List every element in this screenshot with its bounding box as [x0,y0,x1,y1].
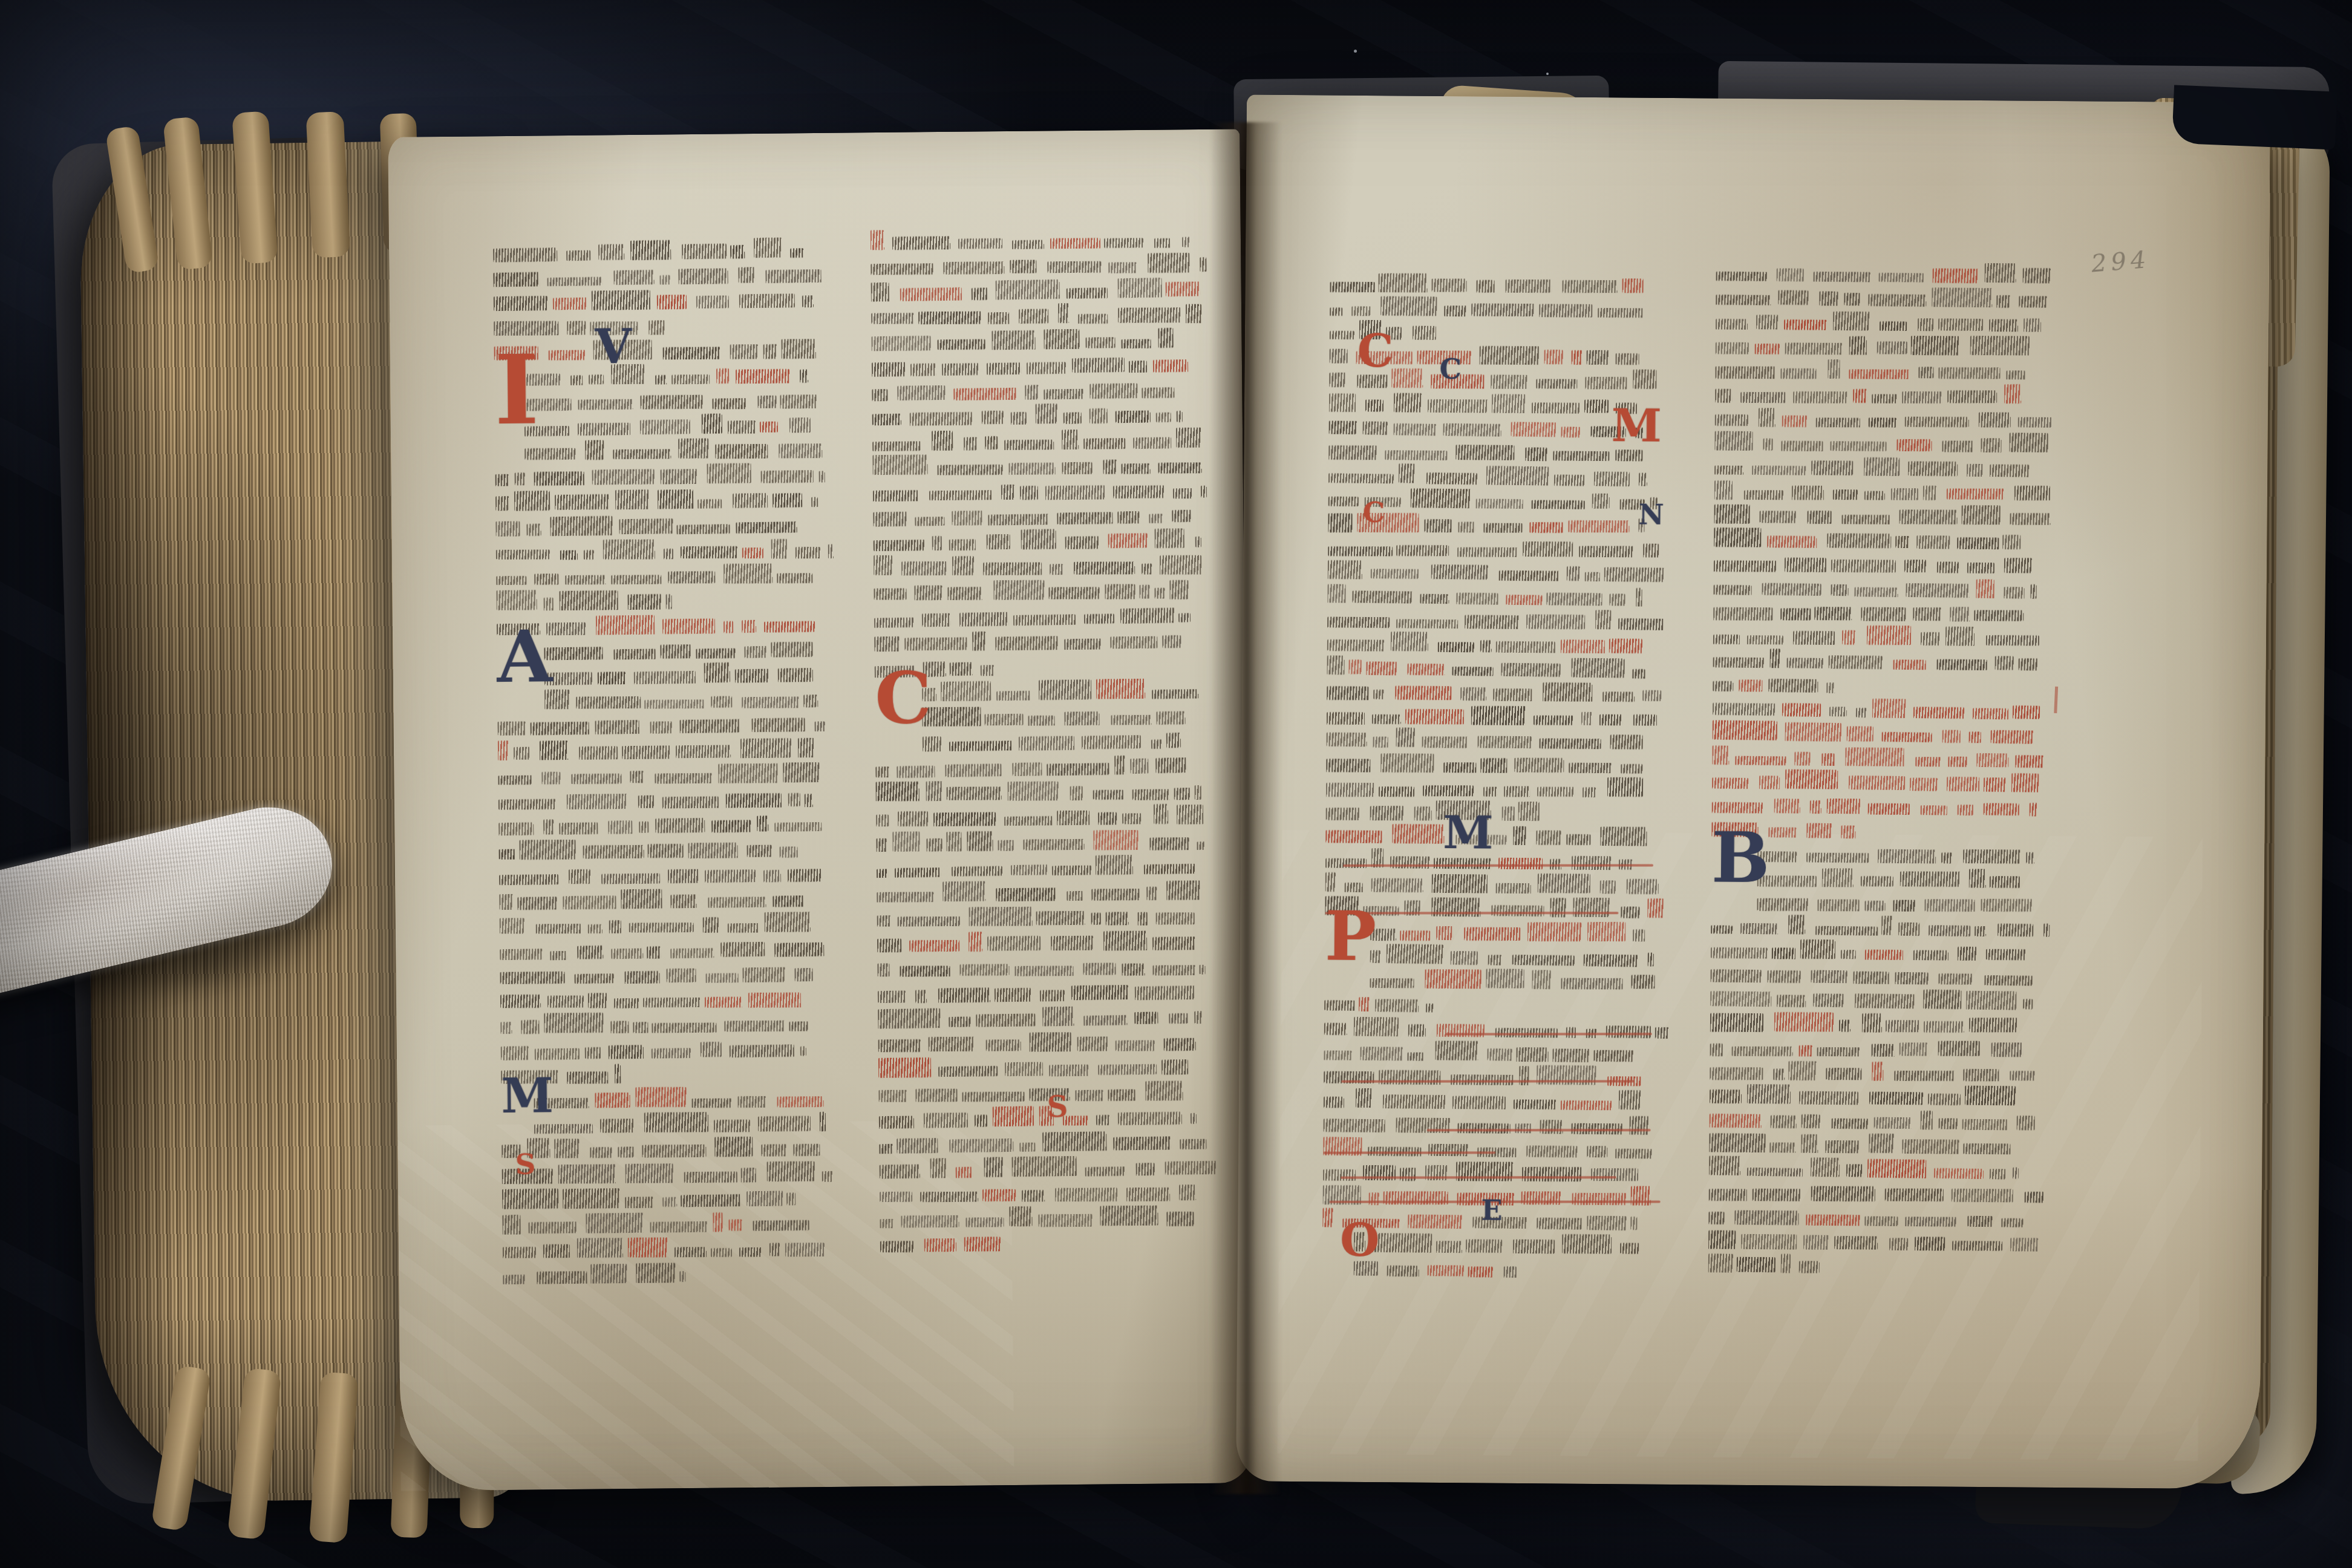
text-line [1710,1079,2050,1106]
script-stroke [1513,826,1526,846]
script-stroke [1177,805,1204,826]
script-stroke [1631,975,1655,989]
script-stroke [540,740,568,760]
script-stroke [2010,1238,2038,1252]
script-stroke [648,844,684,858]
script-stroke [1569,763,1612,773]
text-line [500,907,837,934]
script-stroke [1806,852,1870,863]
script-stroke [1324,1022,1347,1034]
text-line [1325,820,1670,846]
script-stroke [2043,923,2050,936]
script-stroke [1715,366,1775,379]
script-stroke [1522,1167,1581,1181]
script-stroke [1400,1168,1416,1181]
text-line [879,1149,1216,1179]
script-stroke [500,995,541,1008]
script-stroke [701,413,722,433]
text-line [872,423,1209,451]
script-stroke [615,1064,621,1084]
script-stroke [1802,1114,1820,1129]
script-stroke [1886,1020,1920,1032]
script-stroke [1841,950,1855,959]
script-stroke [1817,1047,1860,1056]
script-stroke [1833,489,1858,500]
script-stroke [1913,607,1941,621]
script-stroke [502,1189,558,1209]
script-stroke [1475,499,1523,510]
script-stroke [945,763,1001,777]
text-line [500,1007,838,1034]
script-stroke [1621,764,1642,774]
text-line [496,534,834,560]
script-stroke [767,1161,815,1181]
script-stroke [765,269,821,284]
script-stroke [1178,613,1191,622]
script-stroke [1074,561,1135,575]
script-stroke [543,1244,570,1258]
script-stroke [1122,963,1145,976]
script-stroke [1113,1137,1171,1151]
script-stroke [880,1165,920,1179]
script-stroke [771,539,787,559]
script-stroke [1155,757,1187,773]
script-stroke [1915,1236,1945,1252]
script-stroke [619,518,673,534]
script-stroke [1785,722,1842,742]
red-margin-mark [2054,687,2058,713]
script-stroke [730,245,745,260]
text-line [874,624,1210,653]
script-stroke [1098,1064,1157,1076]
script-stroke [1324,1097,1344,1108]
text-line [1709,1128,2049,1155]
script-stroke [1616,353,1639,365]
script-stroke [615,490,649,511]
script-stroke [1385,450,1447,460]
text-line [1714,547,2054,574]
script-stroke [660,644,691,659]
script-stroke [1135,985,1195,1001]
script-stroke [1913,707,1964,719]
script-stroke [1014,966,1073,978]
script-stroke [742,619,756,633]
script-stroke [1762,583,1821,596]
script-stroke [2013,705,2040,719]
script-stroke [579,746,618,760]
script-stroke [1774,1012,1834,1031]
script-stroke [1172,510,1192,523]
script-stroke [930,1158,947,1179]
script-stroke [740,738,791,759]
script-stroke [495,474,509,486]
script-stroke [1780,1254,1791,1273]
script-stroke [1413,326,1436,340]
script-stroke [719,763,779,784]
script-stroke [791,248,804,258]
script-stroke [1938,1118,1958,1129]
script-stroke [643,998,700,1007]
script-stroke [1105,584,1135,599]
script-stroke [730,344,759,359]
script-stroke [1609,638,1642,653]
script-stroke [982,411,1004,425]
script-stroke [1452,1096,1506,1109]
script-stroke [1633,370,1656,389]
script-stroke [1572,1193,1626,1205]
script-stroke [1530,522,1563,533]
script-stroke [1096,855,1133,876]
script-stroke [949,740,1013,751]
script-stroke [1329,393,1356,413]
script-stroke [494,296,547,312]
script-stroke [897,385,945,401]
script-stroke [1526,1146,1578,1158]
script-stroke [644,1112,709,1133]
script-stroke [1938,973,1973,984]
script-stroke [1963,849,2020,864]
script-stroke [1186,304,1201,324]
script-stroke [595,720,639,736]
script-stroke [1327,656,1344,675]
script-stroke [578,399,633,410]
script-stroke [878,1039,921,1052]
script-stroke [1968,1216,1993,1227]
script-stroke [1610,735,1642,750]
manuscript-photo: VIAMS CS CCMCNMPEO B 294 [0,0,2352,1568]
script-stroke [771,642,813,658]
script-stroke [1149,514,1163,524]
script-stroke [1019,1143,1035,1152]
text-line [1713,691,2053,720]
script-stroke [1491,374,1528,389]
script-stroke [965,1217,1004,1227]
script-stroke [1486,969,1524,988]
text-line [499,881,837,910]
text-line [876,800,1212,828]
script-stroke [703,918,719,933]
dust-speck [1354,50,1357,53]
script-stroke [609,1044,644,1059]
script-stroke [1063,412,1082,424]
script-stroke [1966,991,2016,1011]
script-stroke [880,1219,893,1229]
script-stroke [1405,708,1463,724]
script-stroke [1329,420,1357,434]
script-stroke [1379,273,1428,293]
script-stroke [652,1023,716,1034]
script-stroke [1879,272,1924,282]
script-stroke [1048,261,1102,273]
script-stroke [734,668,768,683]
script-stroke [662,1197,677,1207]
script-stroke [1643,690,1661,701]
script-stroke [1142,564,1152,575]
script-stroke [1083,438,1125,449]
script-stroke [640,394,702,409]
script-stroke [1394,393,1422,412]
text-line [875,748,1212,779]
script-stroke [1898,923,1919,936]
script-stroke [588,993,607,1008]
script-stroke [1166,881,1201,901]
script-stroke [1486,466,1549,486]
text-line [1710,1008,2050,1033]
script-stroke [537,1270,587,1284]
script-stroke [2016,755,2044,768]
dust-speck [1546,73,1549,75]
text-line [1327,676,1671,702]
text-line [494,283,831,312]
script-stroke [1362,421,1387,435]
script-stroke [1739,679,1762,691]
script-stroke [920,1192,978,1203]
script-stroke [1353,591,1413,604]
script-stroke [503,1247,536,1258]
script-stroke [1561,978,1623,990]
script-stroke [1647,898,1664,918]
text-line [1713,620,2053,647]
script-stroke [1593,1050,1634,1062]
script-stroke [1619,1090,1641,1109]
script-stroke [1444,305,1467,316]
text-line [871,272,1207,302]
script-stroke [1867,803,1910,815]
script-stroke [1713,607,1772,621]
text-line [496,558,834,586]
fanned-leaf [305,111,350,258]
script-stroke [1077,1036,1109,1051]
script-stroke [592,290,650,311]
script-stroke [1435,1040,1478,1060]
script-stroke [1874,1117,1912,1129]
script-stroke [1425,970,1481,989]
script-stroke [567,794,627,809]
script-stroke [1106,912,1129,926]
script-stroke [1387,1266,1419,1277]
script-stroke [1834,1236,1878,1250]
script-stroke [1148,253,1189,274]
script-stroke [1952,1241,2002,1251]
text-line [1716,305,2056,332]
script-stroke [613,449,671,459]
script-stroke [996,636,1059,651]
script-stroke [1326,783,1375,797]
script-stroke [1044,329,1080,350]
text-line [502,1206,840,1235]
script-stroke [788,793,800,807]
text-line [871,299,1207,325]
script-stroke [828,544,834,559]
script-stroke [1492,394,1526,413]
text-line [877,925,1214,953]
script-stroke [788,869,822,883]
script-stroke [733,494,768,509]
script-stroke [1167,1211,1194,1227]
script-stroke [1922,486,1936,501]
script-stroke [1537,786,1575,796]
script-stroke [1137,912,1147,926]
script-stroke [651,1048,690,1059]
script-stroke [1020,486,1038,500]
script-stroke [1561,639,1605,654]
script-stroke [932,431,953,451]
script-stroke [1396,685,1452,700]
script-stroke [692,1098,732,1108]
script-stroke [1140,585,1150,599]
script-stroke [1846,726,1873,742]
script-stroke [1365,399,1383,411]
script-stroke [660,275,670,285]
script-stroke [1539,304,1592,317]
script-stroke [1392,824,1445,843]
script-stroke [1716,295,1771,306]
script-stroke [1327,584,1345,604]
script-stroke [1841,515,1890,524]
script-stroke [1459,521,1475,532]
script-stroke [872,442,921,452]
script-stroke [684,1171,738,1183]
script-stroke [671,895,697,909]
script-stroke [1806,1214,1861,1226]
script-stroke [1143,864,1195,875]
script-stroke [1360,1047,1403,1060]
script-stroke [1161,1060,1189,1076]
script-stroke [1952,1189,2013,1202]
text-line [877,849,1214,878]
script-stroke [1711,947,1768,959]
script-stroke [1154,238,1171,249]
script-stroke [1583,787,1596,797]
script-stroke [1370,979,1414,988]
script-stroke [779,443,823,458]
script-stroke [1648,952,1654,966]
text-line [1708,1224,2048,1252]
script-stroke [563,1188,620,1209]
script-stroke [1984,777,2006,792]
script-stroke [1011,865,1048,876]
script-stroke [1468,1266,1493,1278]
script-stroke [1155,529,1184,549]
script-stroke [1009,463,1056,476]
text-line [1330,268,1675,293]
script-stroke [1865,950,1903,961]
script-stroke [1841,826,1856,839]
script-stroke [2023,268,2051,283]
script-stroke [2017,1116,2035,1131]
text-line [495,408,832,437]
script-stroke [1894,1071,1955,1081]
script-stroke [785,1243,825,1257]
script-stroke [1062,430,1079,449]
script-stroke [1609,594,1625,606]
script-stroke [1708,1253,1733,1273]
text-line [1327,603,1672,630]
script-stroke [929,490,992,500]
script-stroke [1942,440,1974,452]
script-stroke [1942,730,1961,743]
script-stroke [1162,635,1181,648]
script-stroke [1047,762,1109,776]
script-stroke [937,339,985,350]
initial-letter: P [1325,910,1377,962]
text-line [498,832,836,860]
script-stroke [553,298,587,310]
script-stroke [555,494,609,510]
script-stroke [609,920,621,934]
script-stroke [1630,1217,1637,1230]
script-stroke [1975,926,1987,936]
script-stroke [1881,732,1932,742]
text-line [872,398,1208,427]
script-stroke [778,668,813,682]
script-stroke [1788,1061,1817,1080]
script-stroke [1325,831,1382,843]
script-stroke [914,586,942,601]
script-stroke [1166,281,1200,297]
script-stroke [1795,752,1811,766]
script-stroke [1434,858,1491,870]
text-line [1328,532,1673,557]
script-stroke [648,320,665,335]
script-stroke [987,363,1021,376]
right-page: CCMCNMPEO B 294 [1236,94,2270,1489]
text-line [1716,256,2056,284]
script-stroke [1571,350,1582,365]
script-stroke [874,555,892,575]
text-line [1710,1056,2050,1082]
script-stroke [1776,268,1804,282]
script-stroke [1830,442,1887,451]
script-stroke [1323,1169,1356,1181]
script-stroke [614,998,639,1009]
script-stroke [2010,513,2050,525]
script-stroke [922,613,950,627]
script-stroke [758,1116,811,1132]
script-stroke [496,590,537,610]
script-stroke [592,469,655,485]
text-line [879,1125,1216,1154]
text-line [499,857,837,886]
script-stroke [800,369,808,383]
script-stroke [877,963,889,977]
script-stroke [819,471,825,483]
script-stroke [1923,990,1961,1010]
script-stroke [764,621,815,632]
script-stroke [1191,1113,1197,1124]
script-stroke [705,973,739,984]
script-stroke [1084,1015,1128,1027]
script-stroke [1825,1140,1860,1154]
script-stroke [2030,584,2036,599]
script-stroke [575,974,615,984]
script-stroke [1133,437,1171,449]
script-stroke [1947,777,1979,792]
script-stroke [1379,1070,1440,1085]
script-stroke [1483,523,1522,532]
script-stroke [1093,830,1138,851]
script-stroke [892,236,950,250]
script-stroke [743,967,786,983]
script-stroke [677,524,730,535]
script-stroke [1432,279,1467,292]
script-stroke [1563,280,1618,293]
script-stroke [1200,257,1207,272]
script-stroke [742,547,763,558]
script-stroke [1872,1062,1884,1081]
script-stroke [588,924,603,934]
script-stroke [1195,537,1201,548]
